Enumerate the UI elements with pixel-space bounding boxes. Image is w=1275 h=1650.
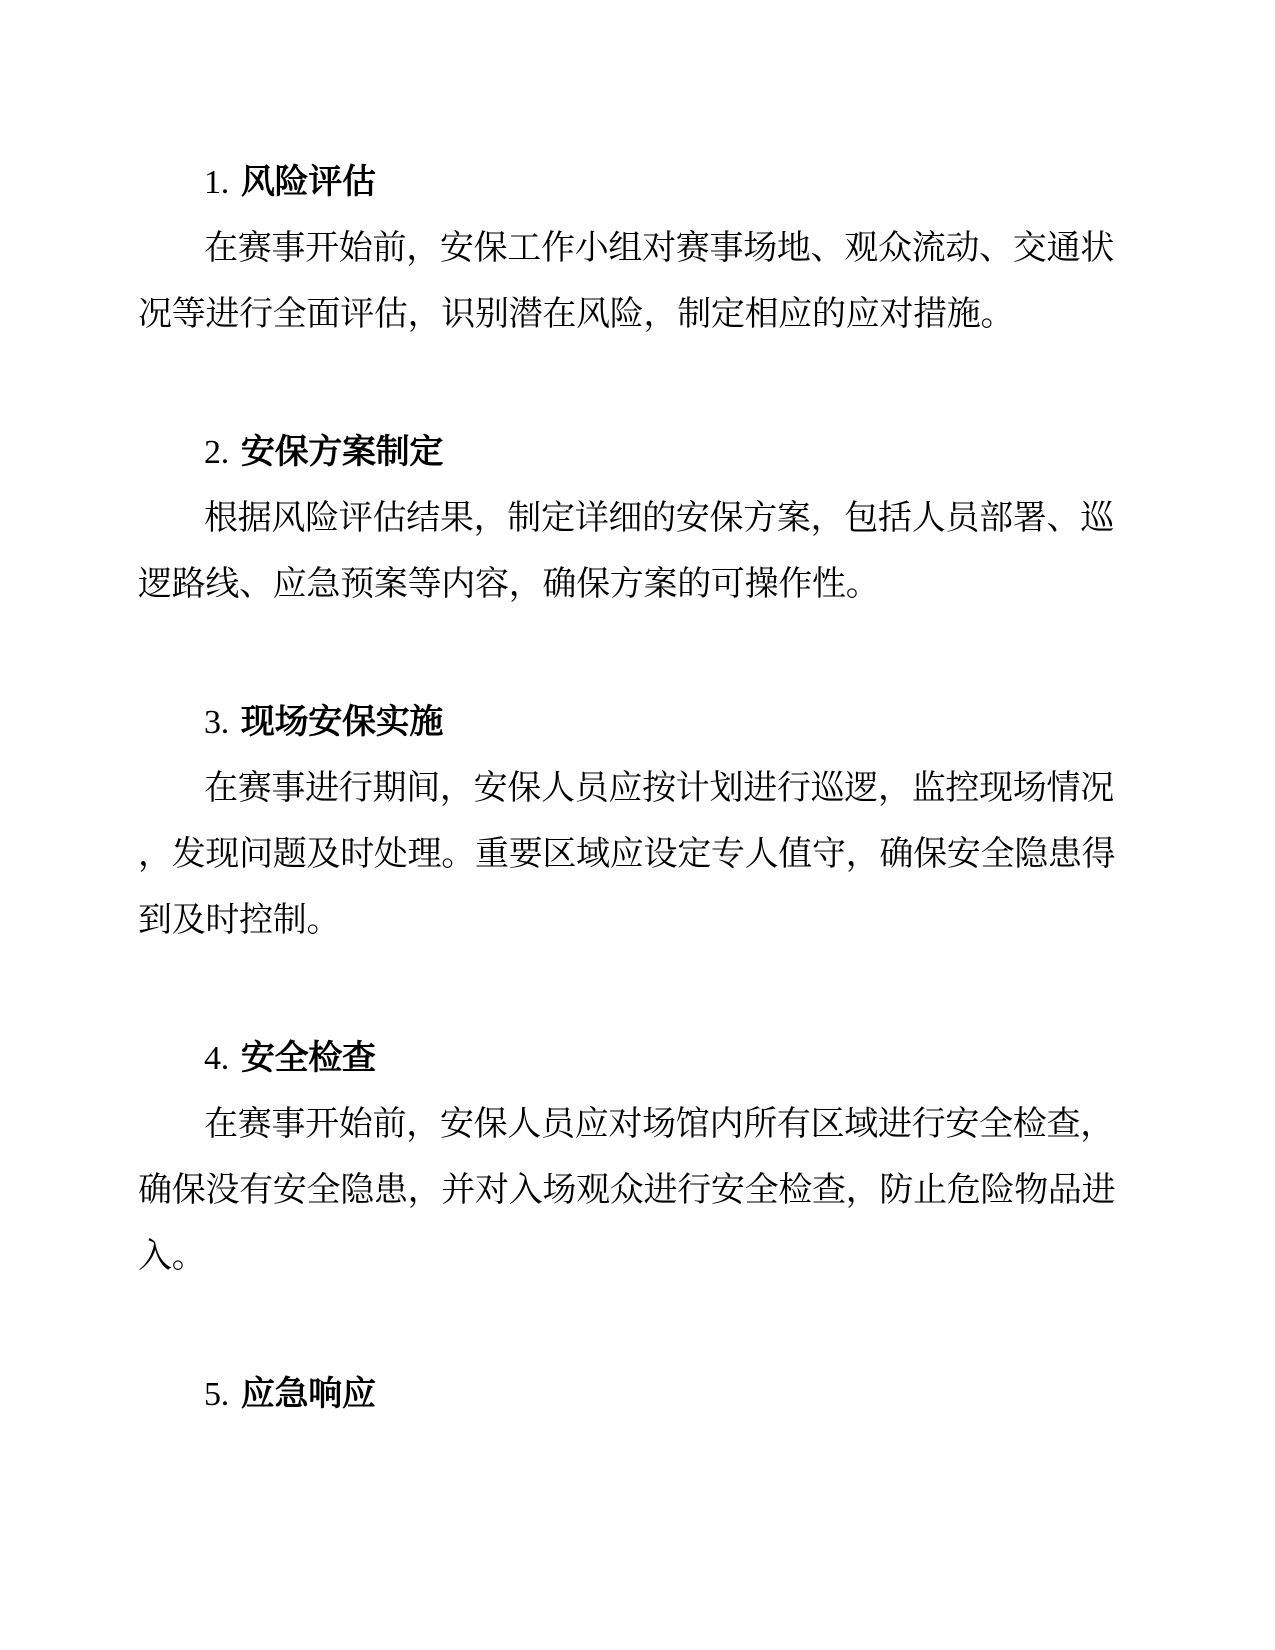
section-heading: 1.风险评估 xyxy=(138,150,1128,216)
document-content: 1.风险评估 在赛事开始前，安保工作小组对赛事场地、观众流动、交通状 况等进行全… xyxy=(138,150,1128,1428)
section-heading: 3.现场安保实施 xyxy=(138,690,1128,756)
section-spacer xyxy=(138,954,1128,1026)
paragraph-line: 况等进行全面评估，识别潜在风险，制定相应的应对措施。 xyxy=(138,282,1128,348)
paragraph-line: 根据风险评估结果，制定详细的安保方案，包括人员部署、巡 xyxy=(138,486,1128,552)
section-number: 3. xyxy=(204,704,229,741)
paragraph-line: 逻路线、应急预案等内容，确保方案的可操作性。 xyxy=(138,552,1128,618)
section-heading: 2.安保方案制定 xyxy=(138,420,1128,486)
paragraph-line: 在赛事开始前，安保人员应对场馆内所有区域进行安全检查， xyxy=(138,1092,1128,1158)
section-heading: 4.安全检查 xyxy=(138,1026,1128,1092)
paragraph-line: 到及时控制。 xyxy=(138,888,1128,954)
section-spacer xyxy=(138,1290,1128,1362)
section-title: 安保方案制定 xyxy=(241,434,443,471)
paragraph-line: 确保没有安全隐患，并对入场观众进行安全检查，防止危险物品进 xyxy=(138,1158,1128,1224)
section-number: 5. xyxy=(204,1376,229,1413)
section-title: 现场安保实施 xyxy=(241,704,443,741)
document-page: 1.风险评估 在赛事开始前，安保工作小组对赛事场地、观众流动、交通状 况等进行全… xyxy=(0,0,1275,1650)
section-spacer xyxy=(138,618,1128,690)
paragraph-line: ，发现问题及时处理。重要区域应设定专人值守，确保安全隐患得 xyxy=(138,822,1128,888)
section: 4.安全检查 在赛事开始前，安保人员应对场馆内所有区域进行安全检查， 确保没有安… xyxy=(138,1026,1128,1362)
section-title: 安全检查 xyxy=(241,1040,376,1077)
section-number: 4. xyxy=(204,1040,229,1077)
paragraph-line: 在赛事开始前，安保工作小组对赛事场地、观众流动、交通状 xyxy=(138,216,1128,282)
section: 5.应急响应 xyxy=(138,1362,1128,1428)
section: 2.安保方案制定 根据风险评估结果，制定详细的安保方案，包括人员部署、巡 逻路线… xyxy=(138,420,1128,690)
section-title: 应急响应 xyxy=(241,1376,376,1413)
section-title: 风险评估 xyxy=(241,164,376,201)
paragraph-line: 在赛事进行期间，安保人员应按计划进行巡逻，监控现场情况 xyxy=(138,756,1128,822)
section-number: 2. xyxy=(204,434,229,471)
section: 3.现场安保实施 在赛事进行期间，安保人员应按计划进行巡逻，监控现场情况 ，发现… xyxy=(138,690,1128,1026)
section-number: 1. xyxy=(204,164,229,201)
section-spacer xyxy=(138,348,1128,420)
section: 1.风险评估 在赛事开始前，安保工作小组对赛事场地、观众流动、交通状 况等进行全… xyxy=(138,150,1128,420)
paragraph-line: 入。 xyxy=(138,1224,1128,1290)
section-heading: 5.应急响应 xyxy=(138,1362,1128,1428)
